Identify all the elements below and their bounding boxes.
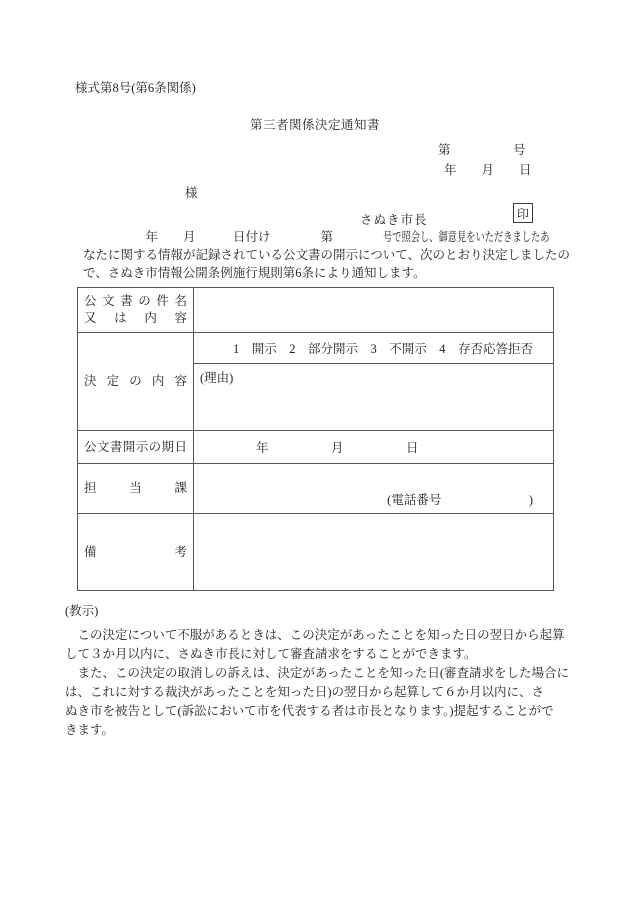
document-date-line: 年 月 日 [444, 160, 532, 178]
document-number-line: 第 号 [438, 140, 526, 158]
intro-line-1: 年 月 日付け 第 号で照会し、御意見をいただきましたあ [83, 228, 608, 246]
remarks-label-text: 備考 [84, 544, 187, 561]
sender-name: さぬき市長 [360, 210, 428, 228]
cell-subject-label: 公文書の件名 又は内容 [78, 288, 194, 333]
section-label-text: 担当課 [84, 480, 187, 497]
disclosure-date-label-text: 公文書開示の期日 [84, 439, 187, 456]
cell-remarks-value-blank [194, 514, 554, 591]
subject-label-line1: 公文書の件名 [84, 293, 187, 310]
notice-line-2: して３か月以内に、さぬき市長に対して審査請求をすることができます。 [65, 645, 569, 664]
document-page: 様式第8号(第6条関係) 第三者関係決定通知書 第 号 年 月 日 様 さぬき市… [0, 0, 630, 903]
document-title: 第三者関係決定通知書 [0, 115, 630, 133]
cell-section-label: 担当課 [78, 464, 194, 514]
intro-line-1-head: 年 月 日付け 第 [83, 230, 383, 244]
intro-paragraph: 年 月 日付け 第 号で照会し、御意見をいただきましたあ なたに関する情報が記録… [83, 228, 608, 282]
intro-line-3: で、さぬき市情報公開条例施行規則第6条により通知します。 [83, 264, 608, 282]
cell-decision-options: 1 開示 2 部分開示 3 不開示 4 存否応答拒否 [194, 333, 554, 364]
notice-line-6: きます。 [65, 721, 569, 740]
decision-table: 公文書の件名 又は内容 決定の内容 1 開示 2 部分開示 3 不開示 4 存否… [77, 287, 554, 591]
notice-line-4: は、これに対する裁決があったことを知った日)の翌日から起算して６か月以内に、さ [65, 683, 569, 702]
notice-line-5: ぬき市を被告として(訴訟において市を代表する者は市長となります。)提起することが… [65, 702, 569, 721]
cell-decision-label: 決定の内容 [78, 333, 194, 431]
cell-disclosure-date-value: 年 月 日 [194, 431, 554, 464]
seal-box: 印 [513, 203, 533, 223]
seal-character: 印 [517, 205, 529, 222]
intro-line-1-tail: 号で照会し、御意見をいただきましたあ [383, 228, 550, 246]
addressee-honorific: 様 [185, 183, 198, 201]
notice-line-3: また、この決定の取消しの訴えは、決定があったことを知った日(審査請求をした場合に [65, 664, 569, 683]
cell-section-phone: (電話番号 ) [194, 464, 554, 514]
cell-disclosure-date-label: 公文書開示の期日 [78, 431, 194, 464]
intro-line-2: なたに関する情報が記録されている公文書の開示について、次のとおり決定しましたの [83, 246, 608, 264]
cell-remarks-label: 備考 [78, 514, 194, 591]
notice-body: この決定について不服があるときは、この決定があったことを知った日の翌日から起算 … [65, 626, 569, 740]
form-number: 様式第8号(第6条関係) [75, 78, 196, 96]
subject-label-line2: 又は内容 [84, 310, 187, 327]
notice-heading: (教示) [65, 602, 569, 621]
decision-label-text: 決定の内容 [84, 373, 187, 390]
legal-notice: (教示) この決定について不服があるときは、この決定があったことを知った日の翌日… [65, 602, 569, 740]
cell-decision-reason: (理由) [194, 364, 554, 431]
cell-subject-value-blank [194, 288, 554, 333]
notice-line-1: この決定について不服があるときは、この決定があったことを知った日の翌日から起算 [65, 626, 569, 645]
